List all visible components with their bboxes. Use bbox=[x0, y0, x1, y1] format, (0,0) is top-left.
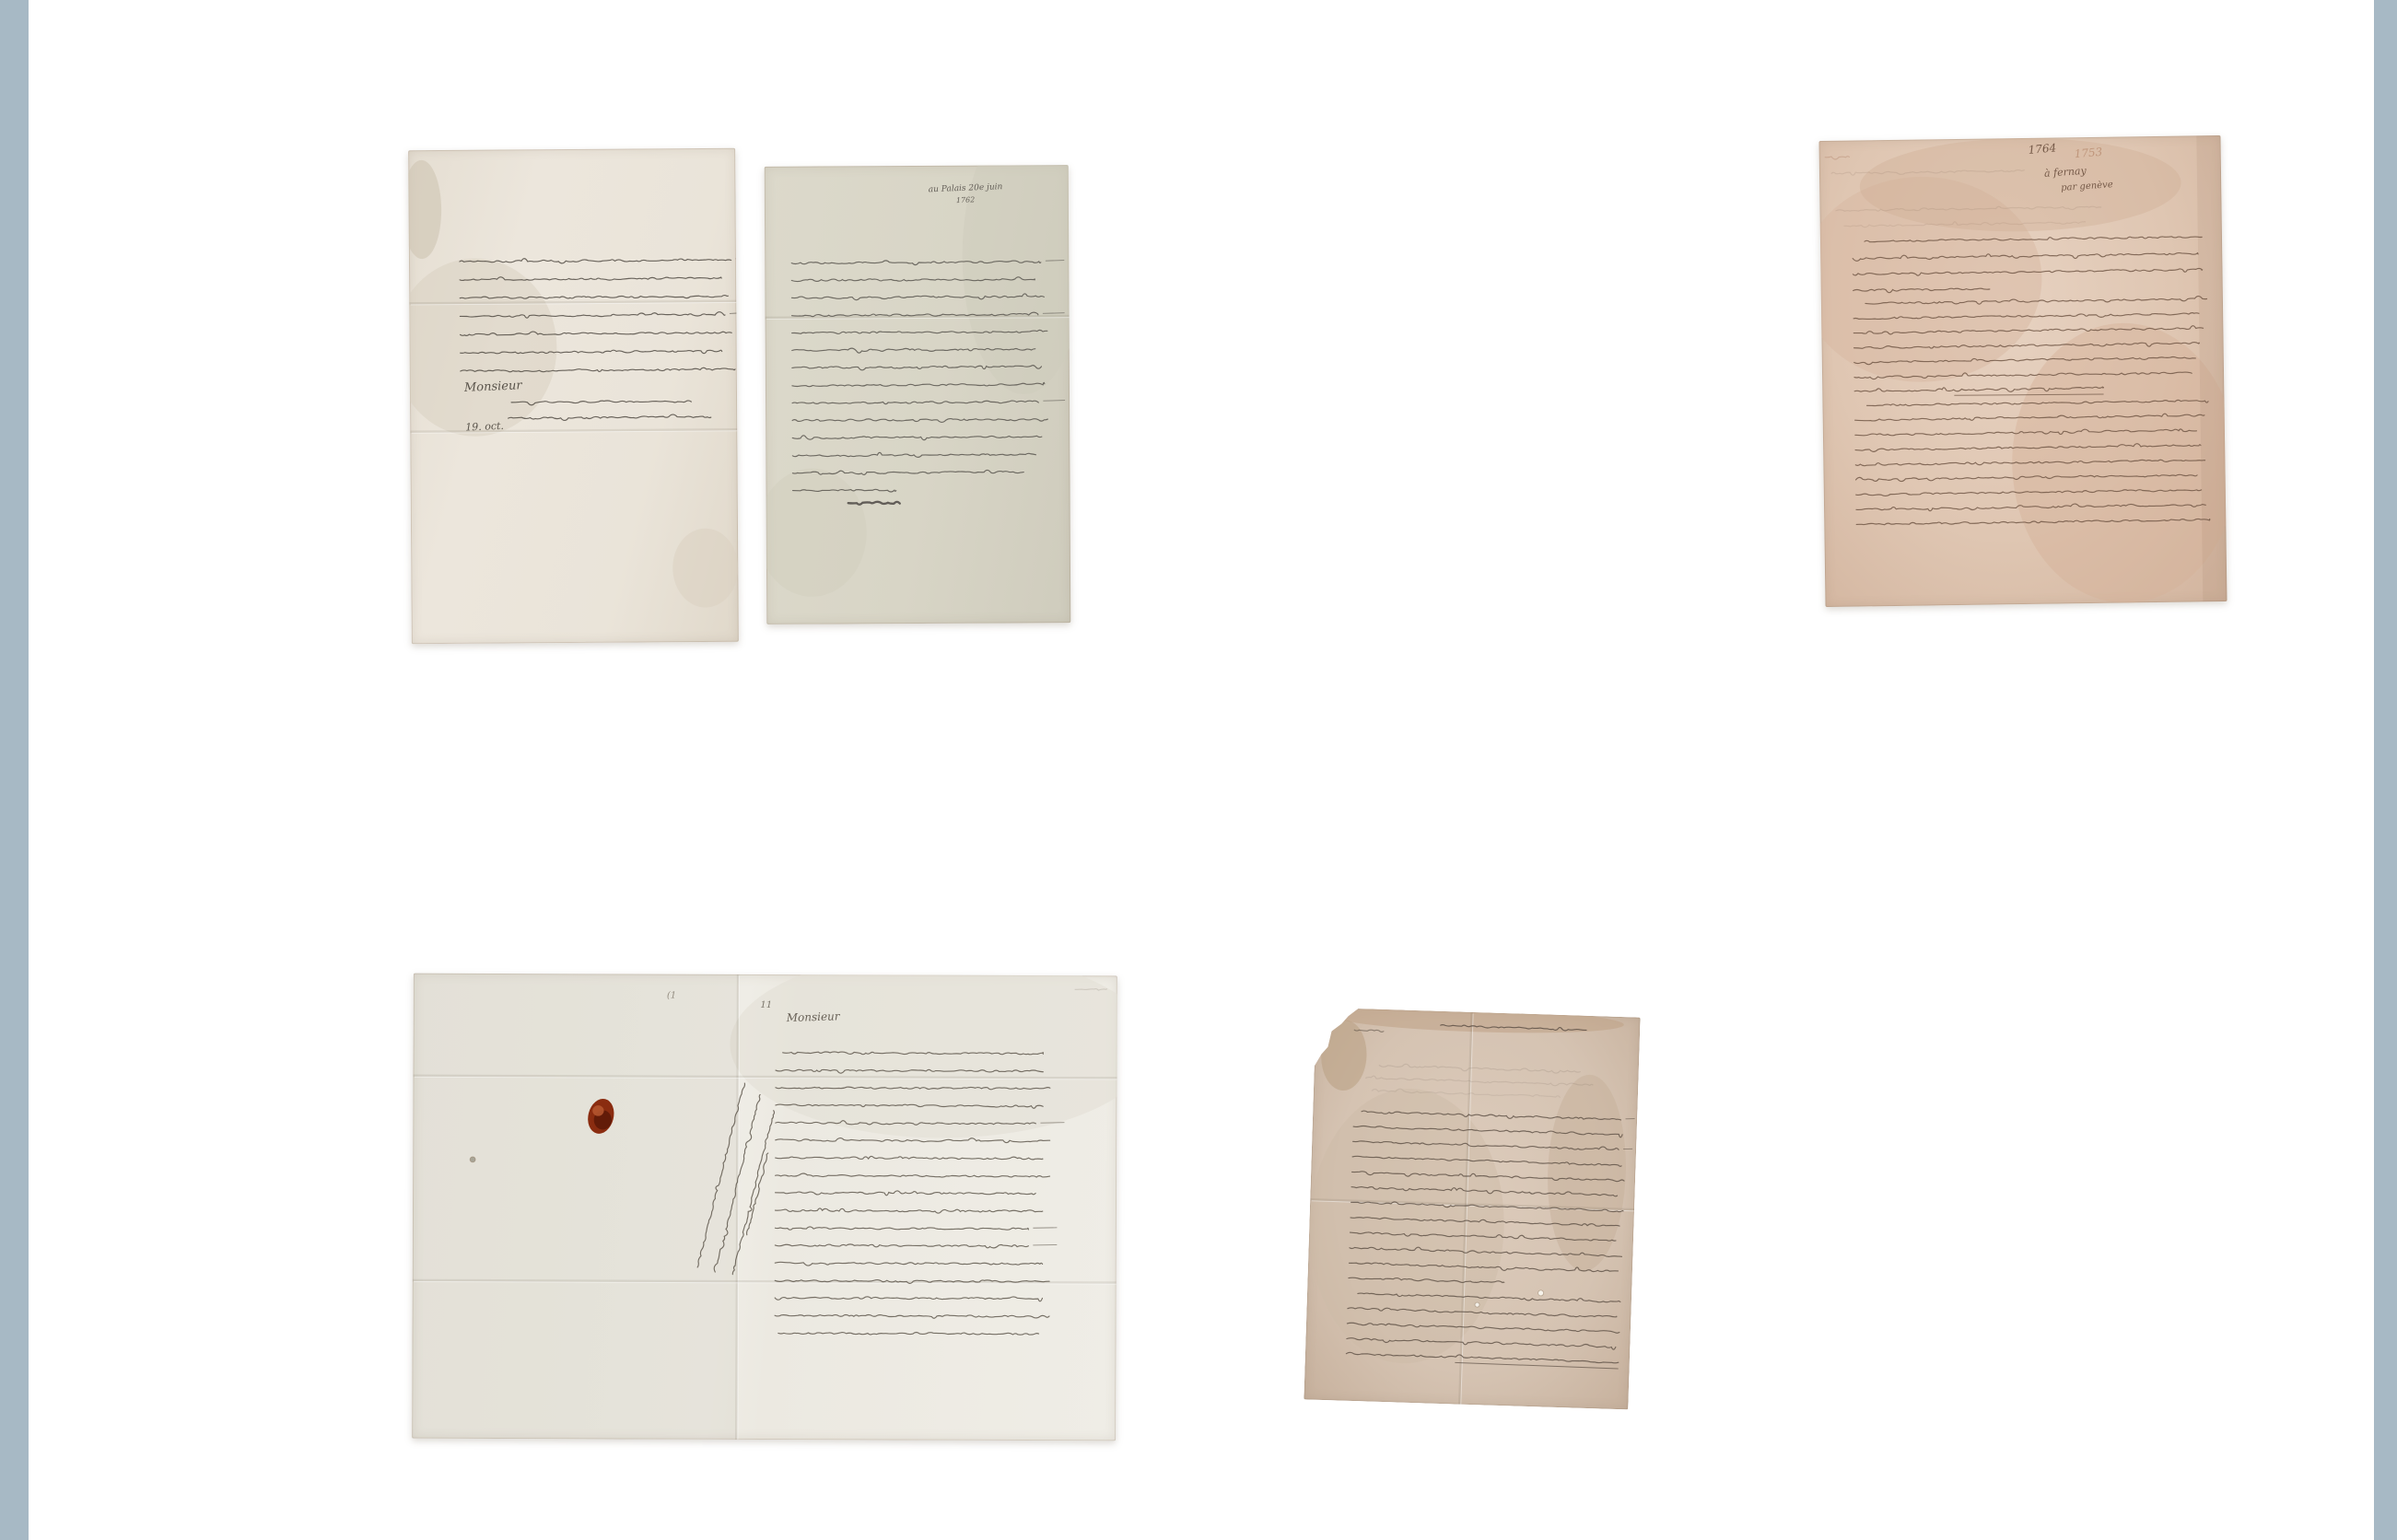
letter-2-ferney-handwriting bbox=[1818, 135, 2227, 607]
letter-3-bifolium-handwriting bbox=[412, 974, 1117, 1441]
handwritten-line bbox=[775, 1296, 1042, 1301]
letter-4-torn-leaf-handwriting bbox=[1304, 1008, 1640, 1410]
letter-4-torn-leaf bbox=[1304, 1008, 1640, 1410]
paper-hole bbox=[470, 1157, 475, 1162]
legible-inscription: 1762 bbox=[956, 196, 976, 204]
filler-dash bbox=[1046, 261, 1064, 262]
paper-stain bbox=[1545, 1074, 1629, 1273]
handwritten-line bbox=[792, 401, 1038, 404]
letter-1-left-leaf: Monsieur19. oct. bbox=[408, 148, 739, 644]
underline-stroke bbox=[1455, 1362, 1618, 1369]
handwritten-line bbox=[776, 1137, 1050, 1143]
handwritten-line bbox=[775, 1262, 1042, 1266]
handwritten-line bbox=[792, 451, 1035, 458]
handwritten-line bbox=[775, 1227, 1028, 1231]
auction-catalog-scan: Monsieur19. oct.au Palais 20e juin176217… bbox=[0, 0, 2397, 1540]
handwritten-line bbox=[1825, 157, 1849, 160]
filler-dash bbox=[1626, 1118, 1635, 1119]
handwritten-line bbox=[792, 434, 1042, 440]
handwritten-line bbox=[775, 1208, 1042, 1214]
filler-dash bbox=[1043, 313, 1065, 314]
legible-inscription: Monsieur bbox=[463, 380, 521, 395]
paper-stain bbox=[730, 974, 1117, 1139]
handwritten-line bbox=[778, 1332, 1039, 1336]
legible-inscription: 19. oct. bbox=[465, 421, 504, 433]
handwritten-line bbox=[776, 1156, 1043, 1160]
filler-dash bbox=[736, 258, 739, 259]
filler-dash bbox=[1623, 1149, 1632, 1149]
letter-3-bifolium: (111Monsieur bbox=[412, 974, 1117, 1441]
handwritten-line bbox=[1379, 1063, 1580, 1074]
paper-hole bbox=[1475, 1302, 1479, 1307]
letter-1-right-leaf-handwriting bbox=[765, 165, 1071, 624]
paper-stain bbox=[1859, 136, 2181, 234]
handwritten-line bbox=[1366, 1076, 1593, 1087]
paper-stain bbox=[672, 528, 739, 607]
paper-stain bbox=[408, 258, 557, 437]
handwritten-line bbox=[509, 414, 711, 421]
legible-inscription: 1753 bbox=[2074, 146, 2102, 160]
legible-inscription: Monsieur bbox=[786, 1011, 839, 1024]
handwritten-line bbox=[776, 1173, 1050, 1178]
paper-stain bbox=[1332, 1008, 1624, 1037]
paper-stain bbox=[1305, 1086, 1508, 1367]
legible-inscription: à fernay bbox=[2044, 166, 2087, 179]
paper-stain bbox=[765, 468, 867, 597]
letter-2-ferney: 17641753à fernaypar genève bbox=[1818, 135, 2227, 607]
letter-1-right-leaf: au Palais 20e juin1762 bbox=[765, 165, 1071, 624]
handwritten-line bbox=[746, 1153, 769, 1235]
legible-inscription: 11 bbox=[760, 1001, 772, 1010]
paper-hole bbox=[1538, 1290, 1543, 1296]
right-border-band bbox=[2374, 0, 2397, 1540]
handwritten-line bbox=[776, 1190, 1036, 1196]
letter-1-left-leaf-handwriting bbox=[408, 148, 739, 644]
paper-stain bbox=[408, 160, 441, 259]
filler-dash bbox=[1043, 401, 1065, 402]
legible-inscription: 1764 bbox=[2028, 142, 2056, 156]
filler-dash bbox=[1033, 1244, 1057, 1245]
handwritten-line bbox=[775, 1244, 1028, 1248]
filler-dash bbox=[1033, 1228, 1057, 1229]
handwritten-line bbox=[792, 418, 1047, 423]
paper-shade bbox=[412, 974, 738, 1440]
left-border-band bbox=[0, 0, 29, 1540]
filler-dash bbox=[1040, 1123, 1064, 1124]
handwritten-line bbox=[775, 1314, 1049, 1319]
legible-inscription: (1 bbox=[667, 992, 676, 1001]
filler-dash bbox=[730, 313, 739, 314]
